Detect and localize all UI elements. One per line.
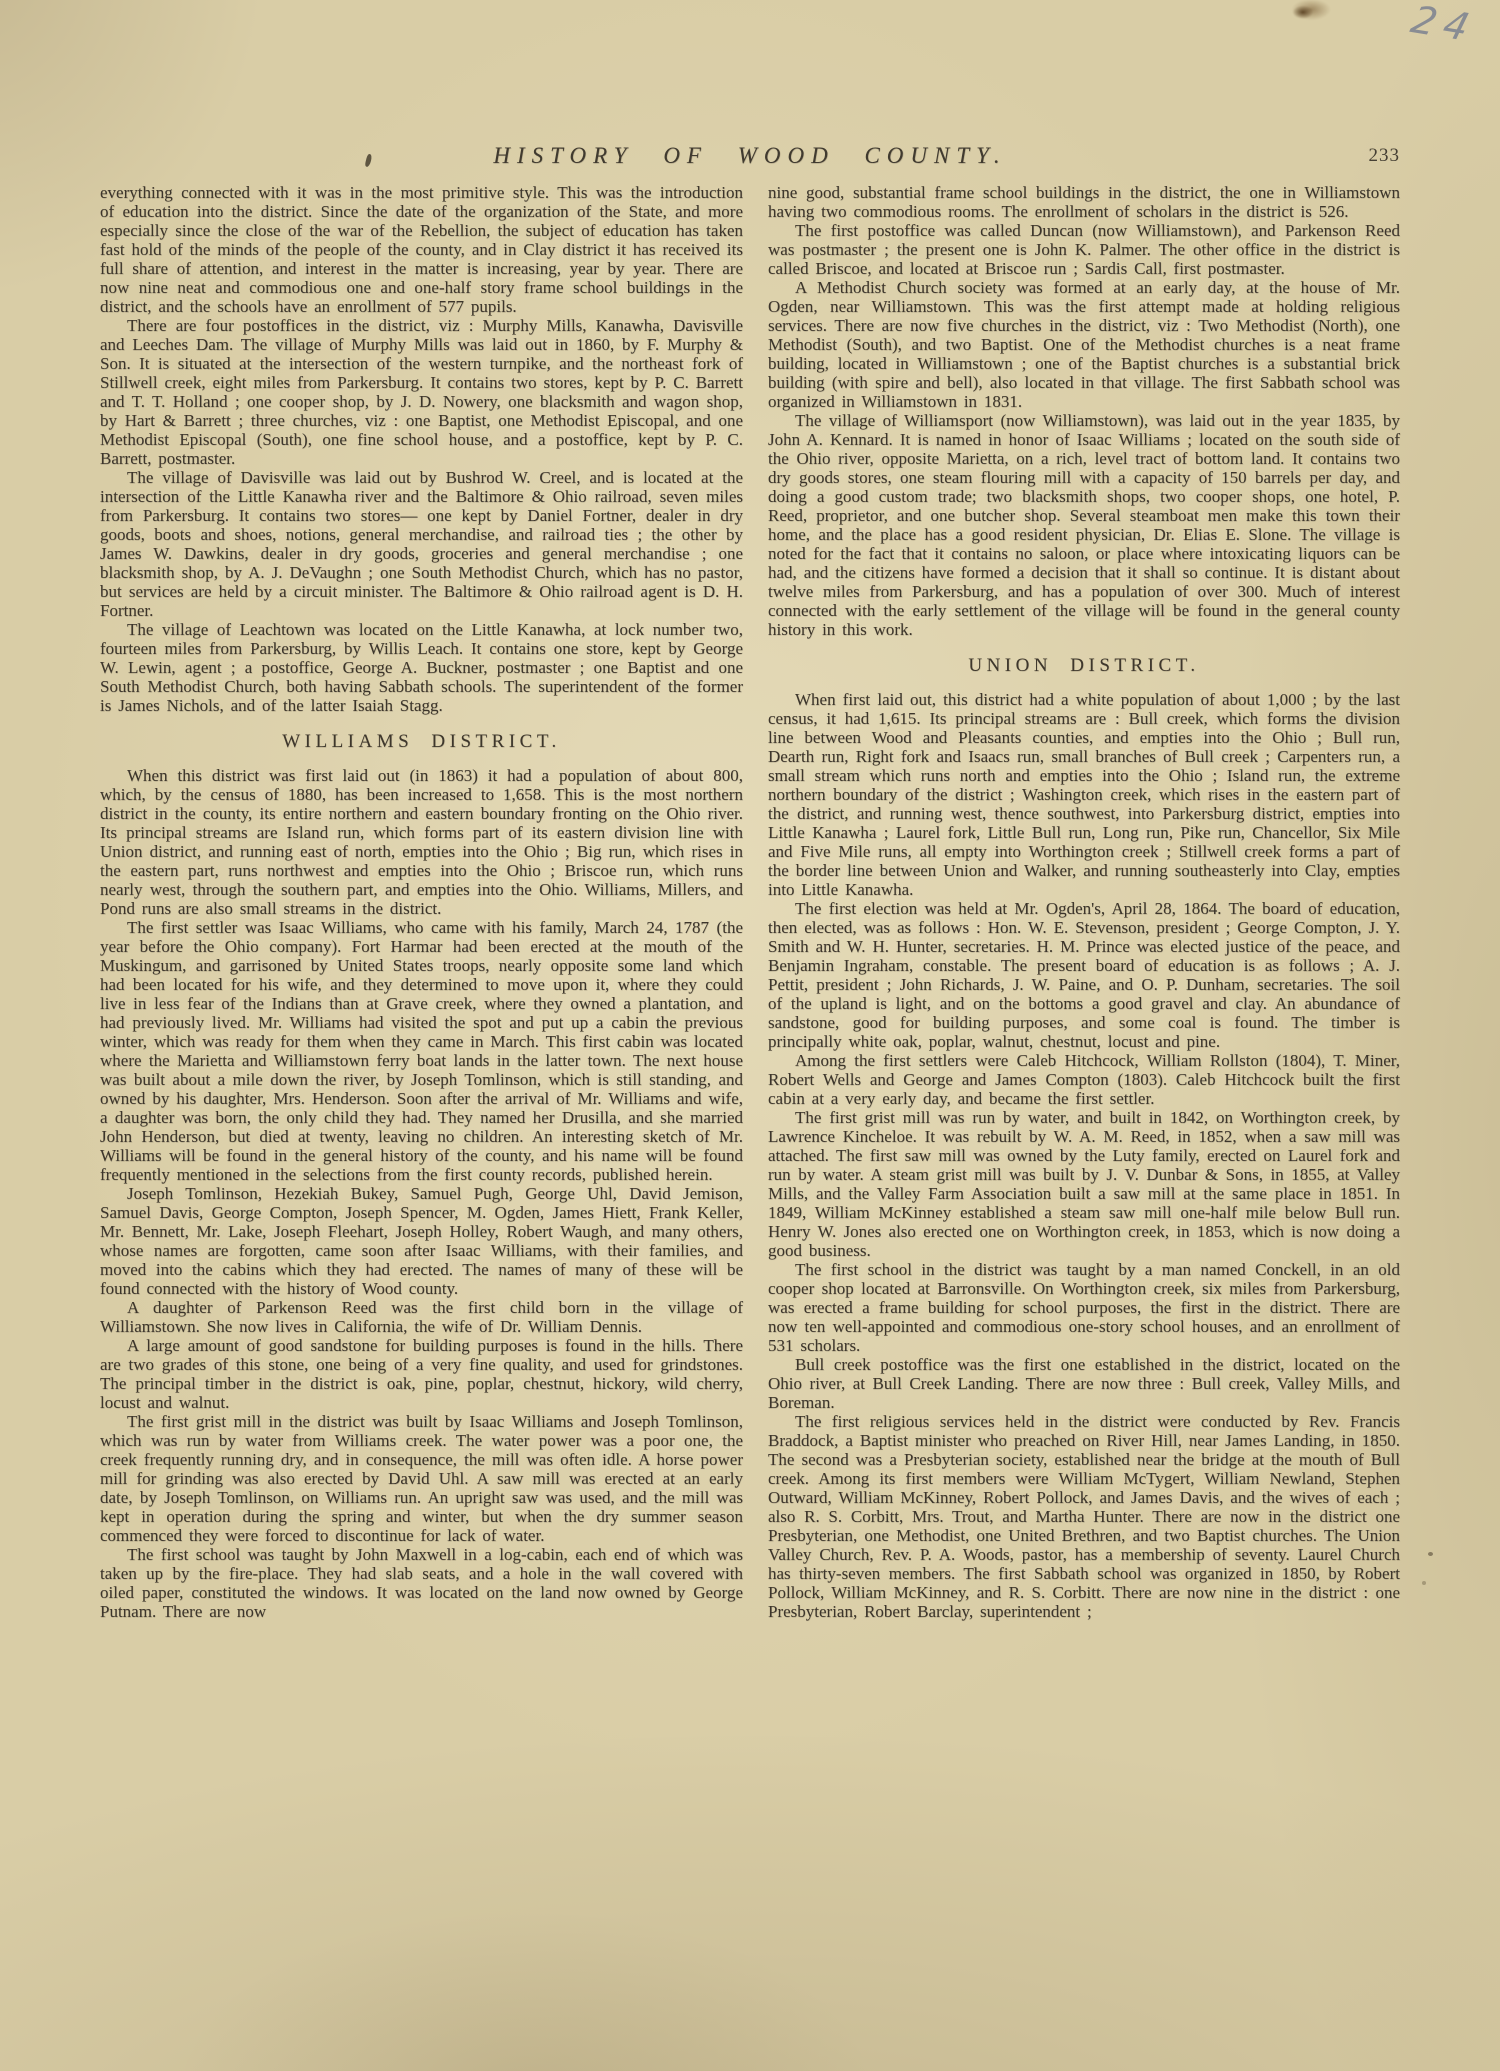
paragraph: Joseph Tomlinson, Hezekiah Bukey, Samuel…: [100, 1184, 743, 1298]
page-number: 233: [1369, 145, 1401, 167]
ink-speck: [1422, 1581, 1426, 1585]
paragraph: The first grist mill was run by water, a…: [768, 1108, 1400, 1260]
paragraph: The first postoffice was called Duncan (…: [768, 221, 1400, 278]
book-page: 24 HISTORY OF WOOD COUNTY. 233 everythin…: [0, 0, 1500, 2071]
handwritten-page-note: 24: [1407, 0, 1482, 50]
paragraph: Among the first settlers were Caleb Hitc…: [768, 1051, 1400, 1108]
right-column: nine good, substantial frame school buil…: [768, 183, 1400, 1621]
paragraph: The village of Williamsport (now William…: [768, 411, 1400, 639]
paragraph: The village of Leachtown was located on …: [100, 620, 743, 715]
paragraph: A daughter of Parkenson Reed was the fir…: [100, 1298, 743, 1336]
paragraph: A Methodist Church society was formed at…: [768, 278, 1400, 411]
paragraph: The first settler was Isaac Williams, wh…: [100, 918, 743, 1184]
paragraph: The first school was taught by John Maxw…: [100, 1545, 743, 1621]
section-heading-union-district: UNION DISTRICT.: [768, 656, 1400, 675]
paragraph: nine good, substantial frame school buil…: [768, 183, 1400, 221]
paragraph: The village of Davisville was laid out b…: [100, 468, 743, 620]
paragraph: The first school in the district was tau…: [768, 1260, 1400, 1355]
ink-speck: [1428, 1552, 1433, 1556]
left-column: everything connected with it was in the …: [100, 183, 743, 1621]
page-header: HISTORY OF WOOD COUNTY. 233: [100, 143, 1400, 177]
paragraph: When first laid out, this district had a…: [768, 690, 1400, 899]
paragraph: The first grist mill in the district was…: [100, 1412, 743, 1545]
section-heading-williams-district: WILLIAMS DISTRICT.: [100, 732, 743, 751]
paragraph: Bull creek postoffice was the first one …: [768, 1355, 1400, 1412]
paragraph: The first religious services held in the…: [768, 1412, 1400, 1621]
page-title: HISTORY OF WOOD COUNTY.: [100, 143, 1400, 169]
stain-mark: [1276, 0, 1340, 32]
paragraph: everything connected with it was in the …: [100, 183, 743, 316]
paragraph: There are four postoffices in the distri…: [100, 316, 743, 468]
paragraph: A large amount of good sandstone for bui…: [100, 1336, 743, 1412]
paragraph: The first election was held at Mr. Ogden…: [768, 899, 1400, 1051]
paragraph: When this district was first laid out (i…: [100, 766, 743, 918]
